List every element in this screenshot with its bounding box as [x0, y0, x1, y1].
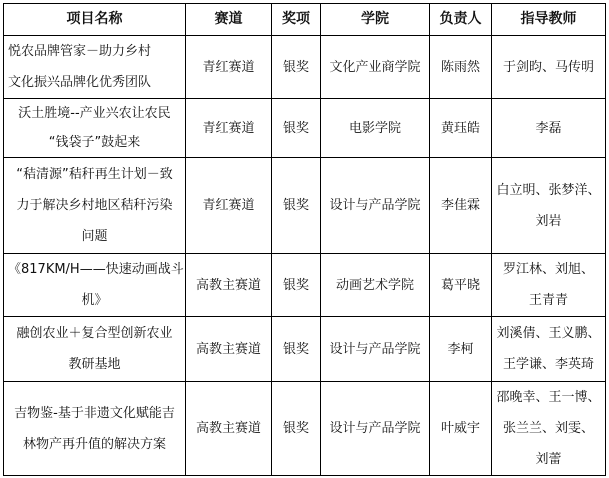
award-cell: 银奖 [272, 382, 321, 476]
header-award: 奖项 [272, 4, 321, 36]
advisors-cell: 罗江林、刘旭、 王青青 [492, 254, 606, 317]
header-college: 学院 [321, 4, 430, 36]
project-name-line: 沃土胜境--产业兴农让农民 [8, 99, 181, 128]
project-name-line: 吉物鉴-基于非遗文化赋能吉 [8, 398, 181, 429]
advisors-cell: 刘溪倩、王义鹏、 王学谦、李英琦 [492, 317, 606, 382]
project-name-cell: 《817KM/H——快速动画战斗 机》 [4, 254, 186, 317]
advisors-line: 王青青 [496, 285, 601, 316]
project-name-cell: 吉物鉴-基于非遗文化赋能吉 林物产再升值的解决方案 [4, 382, 186, 476]
advisors-cell: 邵晚幸、王一博、 张兰兰、刘雯、 刘蕾 [492, 382, 606, 476]
award-cell: 银奖 [272, 317, 321, 382]
project-name-cell: 沃土胜境--产业兴农让农民 “钱袋子”鼓起来 [4, 99, 186, 158]
project-name-line: 机》 [8, 285, 181, 316]
header-leader: 负责人 [430, 4, 492, 36]
project-name-line: 《817KM/H——快速动画战斗 [8, 254, 181, 285]
project-name-cell: 悦农品牌管家－助力乡村 文化振兴品牌化优秀团队 [4, 36, 186, 99]
track-cell: 高教主赛道 [186, 382, 272, 476]
award-cell: 银奖 [272, 99, 321, 158]
college-cell: 设计与产品学院 [321, 158, 430, 254]
project-name-line: 问题 [8, 221, 181, 252]
track-cell: 青红赛道 [186, 36, 272, 99]
advisors-line: 刘岩 [496, 206, 601, 237]
college-cell: 设计与产品学院 [321, 382, 430, 476]
header-project-name: 项目名称 [4, 4, 186, 36]
table-row: 吉物鉴-基于非遗文化赋能吉 林物产再升值的解决方案 高教主赛道 银奖 设计与产品… [4, 382, 606, 476]
leader-cell: 李柯 [430, 317, 492, 382]
table-row: 悦农品牌管家－助力乡村 文化振兴品牌化优秀团队 青红赛道 银奖 文化产业商学院 … [4, 36, 606, 99]
project-name-cell: “秸清源”秸秆再生计划－致 力于解决乡村地区秸秆污染 问题 [4, 158, 186, 254]
project-name-line: 力于解决乡村地区秸秆污染 [8, 190, 181, 221]
college-cell: 设计与产品学院 [321, 317, 430, 382]
award-cell: 银奖 [272, 254, 321, 317]
advisors-line: 刘蕾 [496, 444, 601, 475]
advisors-line: 白立明、张梦洋、 [496, 175, 601, 206]
table-row: 《817KM/H——快速动画战斗 机》 高教主赛道 银奖 动画艺术学院 葛平晓 … [4, 254, 606, 317]
table-row: 融创农业＋复合型创新农业 教研基地 高教主赛道 银奖 设计与产品学院 李柯 刘溪… [4, 317, 606, 382]
header-row: 项目名称 赛道 奖项 学院 负责人 指导教师 [4, 4, 606, 36]
project-name-line: “钱袋子”鼓起来 [8, 128, 181, 157]
track-cell: 青红赛道 [186, 158, 272, 254]
advisors-line: 李磊 [496, 113, 601, 144]
advisors-cell: 李磊 [492, 99, 606, 158]
track-cell: 青红赛道 [186, 99, 272, 158]
advisors-line: 罗江林、刘旭、 [496, 254, 601, 285]
advisors-line: 张兰兰、刘雯、 [496, 413, 601, 444]
table-row: 沃土胜境--产业兴农让农民 “钱袋子”鼓起来 青红赛道 银奖 电影学院 黄珏皓 … [4, 99, 606, 158]
leader-cell: 黄珏皓 [430, 99, 492, 158]
advisors-line: 刘溪倩、王义鹏、 [496, 318, 601, 349]
leader-cell: 李佳霖 [430, 158, 492, 254]
leader-cell: 陈雨然 [430, 36, 492, 99]
advisors-line: 于剑昀、马传明 [496, 52, 601, 83]
advisors-cell: 于剑昀、马传明 [492, 36, 606, 99]
project-name-line: 文化振兴品牌化优秀团队 [8, 67, 181, 98]
track-cell: 高教主赛道 [186, 317, 272, 382]
advisors-cell: 白立明、张梦洋、 刘岩 [492, 158, 606, 254]
table-row: “秸清源”秸秆再生计划－致 力于解决乡村地区秸秆污染 问题 青红赛道 银奖 设计… [4, 158, 606, 254]
project-name-cell: 融创农业＋复合型创新农业 教研基地 [4, 317, 186, 382]
award-table: 项目名称 赛道 奖项 学院 负责人 指导教师 悦农品牌管家－助力乡村 文化振兴品… [3, 3, 606, 476]
college-cell: 电影学院 [321, 99, 430, 158]
leader-cell: 叶威宇 [430, 382, 492, 476]
project-name-line: 悦农品牌管家－助力乡村 [8, 36, 181, 67]
project-name-line: 融创农业＋复合型创新农业 [8, 318, 181, 349]
award-cell: 银奖 [272, 36, 321, 99]
leader-cell: 葛平晓 [430, 254, 492, 317]
project-name-line: 教研基地 [8, 349, 181, 380]
track-cell: 高教主赛道 [186, 254, 272, 317]
header-track: 赛道 [186, 4, 272, 36]
header-advisors: 指导教师 [492, 4, 606, 36]
advisors-line: 王学谦、李英琦 [496, 349, 601, 380]
advisors-line: 邵晚幸、王一博、 [496, 382, 601, 413]
project-name-line: 林物产再升值的解决方案 [8, 429, 181, 460]
award-cell: 银奖 [272, 158, 321, 254]
project-name-line: “秸清源”秸秆再生计划－致 [8, 159, 181, 190]
college-cell: 文化产业商学院 [321, 36, 430, 99]
college-cell: 动画艺术学院 [321, 254, 430, 317]
